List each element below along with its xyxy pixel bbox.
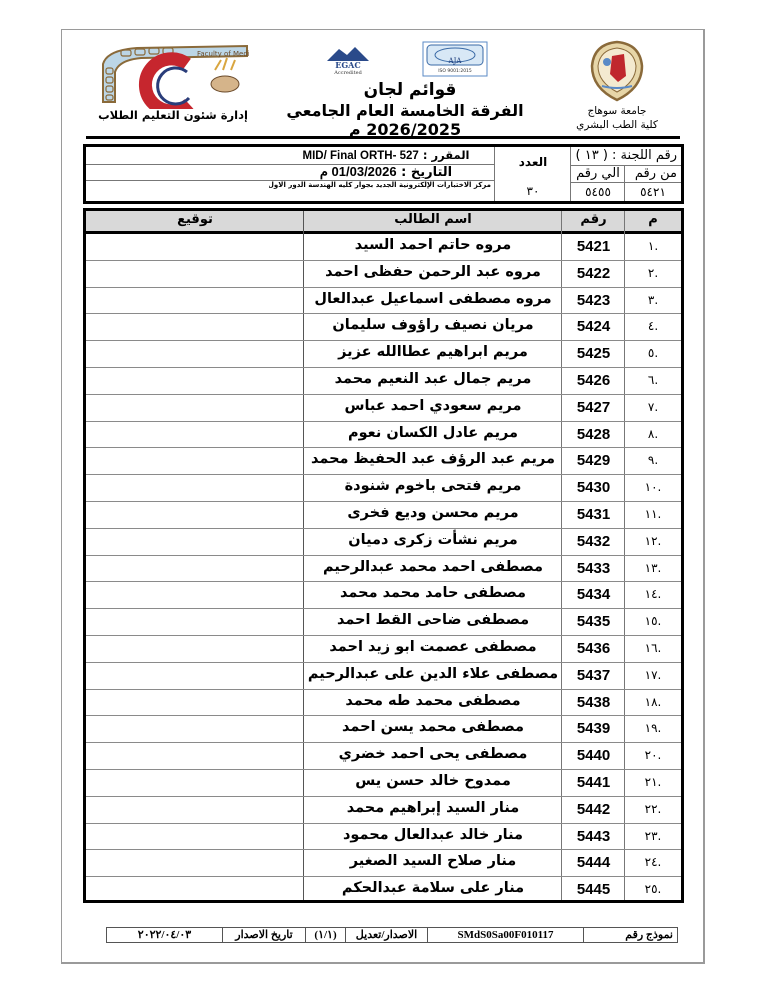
student-name: مريم نشأت زكرى دميان: [304, 532, 562, 548]
form-footer: نموذج رقم SMdS0Sa00F010117 الاصدار/تعديل…: [106, 927, 678, 943]
row-index: .١: [625, 239, 681, 253]
signature-cell[interactable]: [86, 314, 304, 340]
signature-cell[interactable]: [86, 502, 304, 528]
student-id: 5424: [562, 318, 625, 335]
student-id: 5442: [562, 801, 625, 818]
from-label: من رقم: [627, 166, 677, 181]
count-label: العدد: [497, 155, 569, 169]
student-name: مريم ابراهيم عطاالله عزيز: [304, 344, 562, 360]
signature-cell[interactable]: [86, 770, 304, 796]
from-value: ٥٤٢١: [627, 185, 679, 199]
row-index: .١٧: [625, 668, 681, 682]
student-name: منار السيد إبراهيم محمد: [304, 800, 562, 816]
student-id: 5437: [562, 667, 625, 684]
student-name: مصطفى احمد محمد عبدالرحيم: [304, 559, 562, 575]
divider: [570, 147, 571, 201]
row-index: .٤: [625, 319, 681, 333]
faculty-name: كلية الطب البشري: [575, 118, 659, 132]
student-name: مصطفى حامد محمد محمد: [304, 585, 562, 601]
student-name: مصطفى عصمت ابو زيد احمد: [304, 639, 562, 655]
to-label: الي رقم: [573, 166, 623, 181]
table-row: .١٦5436مصطفى عصمت ابو زيد احمد: [86, 636, 681, 663]
accreditation-logos: EGAC Accredited AJA ISO 9001:2015: [313, 41, 491, 79]
student-id: 5445: [562, 881, 625, 898]
table-row: .٢٣5443منار خالد عبدالعال محمود: [86, 824, 681, 851]
signature-cell[interactable]: [86, 395, 304, 421]
signature-cell[interactable]: [86, 288, 304, 314]
row-index: .١٦: [625, 641, 681, 655]
student-name: مريم سعودي احمد عباس: [304, 398, 562, 414]
page-subtitle: الفرقة الخامسة العام الجامعي 2026/2025 م: [250, 101, 560, 139]
row-index: .٢: [625, 266, 681, 280]
table-row: .٥5425مريم ابراهيم عطاالله عزيز: [86, 341, 681, 368]
table-row: .٨5428مريم عادل الكسان نعوم: [86, 422, 681, 449]
university-name: جامعة سوهاج: [575, 104, 659, 118]
student-name: منار خالد عبدالعال محمود: [304, 827, 562, 843]
signature-cell[interactable]: [86, 422, 304, 448]
student-id: 5426: [562, 372, 625, 389]
student-name: مريم عادل الكسان نعوم: [304, 425, 562, 441]
student-name: منار على سلامة عبدالحكم: [304, 880, 562, 896]
student-name: مروه مصطفى اسماعيل عبدالعال: [304, 291, 562, 307]
edition-label: الاصدار/تعديل: [345, 928, 427, 942]
student-id: 5422: [562, 265, 625, 282]
signature-cell[interactable]: [86, 877, 304, 904]
signature-cell[interactable]: [86, 797, 304, 823]
count-value: ٣٠: [497, 184, 569, 198]
issue-date-value: ٢٠٢٢/٠٤/٠٣: [107, 928, 222, 942]
student-id: 5444: [562, 854, 625, 871]
student-name: مريم محسن وديع فخرى: [304, 505, 562, 521]
sohag-university-logo: [588, 40, 646, 102]
student-id: 5435: [562, 613, 625, 630]
student-name: مريان نصيف راؤوف سليمان: [304, 317, 562, 333]
svg-text:AJA: AJA: [448, 57, 463, 65]
signature-cell[interactable]: [86, 529, 304, 555]
student-name: مصطفى علاء الدين على عبدالرحيم: [304, 666, 562, 682]
row-index: .٢٢: [625, 802, 681, 816]
student-name: مريم عبد الرؤف عبد الحفيظ محمد: [304, 451, 562, 467]
row-index: .١٤: [625, 587, 681, 601]
student-name: مروه عبد الرحمن حفظى احمد: [304, 264, 562, 280]
table-row: .١١5431مريم محسن وديع فخرى: [86, 502, 681, 529]
student-id: 5433: [562, 560, 625, 577]
form-number-value: SMdS0Sa00F010117: [427, 928, 583, 942]
divider: [494, 147, 495, 201]
student-id: 5423: [562, 292, 625, 309]
signature-cell[interactable]: [86, 824, 304, 850]
row-index: .٢٤: [625, 855, 681, 869]
header-divider: [86, 136, 680, 139]
edition-value: (١/١): [305, 928, 345, 942]
table-header: م رقم اسم الطالب توقيع: [86, 211, 681, 234]
student-id: 5436: [562, 640, 625, 657]
student-id: 5443: [562, 828, 625, 845]
row-index: .١١: [625, 507, 681, 521]
column-header-id: رقم: [562, 212, 625, 227]
date-label: التاريخ :: [401, 165, 452, 180]
signature-cell[interactable]: [86, 609, 304, 635]
student-id: 5421: [562, 238, 625, 255]
page-title: قوائم لجان: [290, 80, 530, 100]
student-id: 5430: [562, 479, 625, 496]
faculty-of-medicine-logo: Faculty of Medicine: [97, 42, 249, 109]
row-index: .٢٥: [625, 882, 681, 896]
signature-cell[interactable]: [86, 743, 304, 769]
table-row: .٦5426مريم جمال عبد النعيم محمد: [86, 368, 681, 395]
university-caption: جامعة سوهاج كلية الطب البشري: [575, 104, 659, 132]
student-name: مصطفى محمد يسن احمد: [304, 719, 562, 735]
svg-text:ISO 9001:2015: ISO 9001:2015: [438, 68, 472, 74]
signature-cell[interactable]: [86, 690, 304, 716]
table-row: .٢5422مروه عبد الرحمن حفظى احمد: [86, 261, 681, 288]
signature-cell[interactable]: [86, 850, 304, 876]
table-row: .٢٥5445منار على سلامة عبدالحكم: [86, 877, 681, 904]
signature-cell[interactable]: [86, 556, 304, 582]
signature-cell[interactable]: [86, 716, 304, 742]
signature-cell[interactable]: [86, 582, 304, 608]
signature-cell[interactable]: [86, 475, 304, 501]
course-value: MID/ Final ORTH- 527: [303, 150, 419, 162]
student-name: مريم جمال عبد النعيم محمد: [304, 371, 562, 387]
table-row: .١٧5437مصطفى علاء الدين على عبدالرحيم: [86, 663, 681, 690]
course-row: المقرر : MID/ Final ORTH- 527: [281, 148, 491, 162]
table-row: .٤5424مريان نصيف راؤوف سليمان: [86, 314, 681, 341]
date-row: التاريخ : 01/03/2026 م: [281, 164, 491, 180]
student-id: 5425: [562, 345, 625, 362]
row-index: .١٢: [625, 534, 681, 548]
department-caption: إدارة شئون التعليم الطلاب: [97, 108, 249, 122]
row-index: .٥: [625, 346, 681, 360]
date-value: 01/03/2026 م: [320, 164, 397, 179]
row-index: .٢١: [625, 775, 681, 789]
signature-cell[interactable]: [86, 636, 304, 662]
student-id: 5428: [562, 426, 625, 443]
student-name: مصطفى ضاحى القط احمد: [304, 612, 562, 628]
committee-number: رقم اللجنة : ( ١٣ ): [573, 148, 677, 163]
student-name: مصطفى يحى احمد خضري: [304, 746, 562, 762]
table-row: .١٠5430مريم فتحى باخوم شنودة: [86, 475, 681, 502]
svg-text:EGAC: EGAC: [335, 60, 361, 70]
row-index: .٩: [625, 453, 681, 467]
student-id: 5429: [562, 452, 625, 469]
table-row: .٩5429مريم عبد الرؤف عبد الحفيظ محمد: [86, 448, 681, 475]
student-id: 5440: [562, 747, 625, 764]
row-index: .١٩: [625, 721, 681, 735]
table-row: .١٣5433مصطفى احمد محمد عبدالرحيم: [86, 556, 681, 583]
committee-info-table: رقم اللجنة : ( ١٣ ) من رقم الي رقم ٥٤٢١ …: [83, 144, 684, 204]
signature-cell[interactable]: [86, 234, 304, 260]
row-index: .١٨: [625, 695, 681, 709]
signature-cell[interactable]: [86, 341, 304, 367]
student-name: منار صلاح السيد الصغير: [304, 853, 562, 869]
student-id: 5431: [562, 506, 625, 523]
location-text: مركز الاختبارات الإلكترونية الجديد بجوار…: [269, 181, 491, 189]
row-index: .٦: [625, 373, 681, 387]
course-label: المقرر :: [423, 148, 470, 162]
table-body: .١5421مروه حاتم احمد السيد .٢5422مروه عب…: [86, 234, 681, 900]
table-row: .١٤5434مصطفى حامد محمد محمد: [86, 582, 681, 609]
row-index: .٨: [625, 427, 681, 441]
table-row: .١٩5439مصطفى محمد يسن احمد: [86, 716, 681, 743]
student-name: ممدوح خالد حسن يس: [304, 773, 562, 789]
table-row: .٢٠5440مصطفى يحى احمد خضري: [86, 743, 681, 770]
student-id: 5427: [562, 399, 625, 416]
signature-cell[interactable]: [86, 663, 304, 689]
student-name: مروه حاتم احمد السيد: [304, 237, 562, 253]
table-row: .٢٢5442منار السيد إبراهيم محمد: [86, 797, 681, 824]
svg-text:Faculty of Medicine: Faculty of Medicine: [197, 50, 249, 58]
table-row: .٢١5441ممدوح خالد حسن يس: [86, 770, 681, 797]
row-index: .١٠: [625, 480, 681, 494]
student-id: 5434: [562, 586, 625, 603]
issue-date-label: تاريخ الاصدار: [222, 928, 305, 942]
row-index: .٣: [625, 293, 681, 307]
divider: [624, 166, 625, 201]
student-name: مريم فتحى باخوم شنودة: [304, 478, 562, 494]
row-index: .٢٣: [625, 829, 681, 843]
table-row: .١٥5435مصطفى ضاحى القط احمد: [86, 609, 681, 636]
signature-cell[interactable]: [86, 448, 304, 474]
student-name: مصطفى محمد طه محمد: [304, 693, 562, 709]
table-row: .١٢5432مريم نشأت زكرى دميان: [86, 529, 681, 556]
signature-cell[interactable]: [86, 368, 304, 394]
row-index: .٧: [625, 400, 681, 414]
table-row: .٢٤5444منار صلاح السيد الصغير: [86, 850, 681, 877]
student-id: 5432: [562, 533, 625, 550]
table-row: .٧5427مريم سعودي احمد عباس: [86, 395, 681, 422]
signature-cell[interactable]: [86, 261, 304, 287]
student-id: 5438: [562, 694, 625, 711]
divider: [571, 182, 681, 183]
student-id: 5439: [562, 720, 625, 737]
exam-location: مركز الاختبارات الإلكترونية الجديد بجوار…: [269, 181, 491, 189]
row-index: .٢٠: [625, 748, 681, 762]
row-index: .١٥: [625, 614, 681, 628]
table-row: .١5421مروه حاتم احمد السيد: [86, 234, 681, 261]
student-id: 5441: [562, 774, 625, 791]
table-row: .٣5423مروه مصطفى اسماعيل عبدالعال: [86, 288, 681, 315]
to-value: ٥٤٥٥: [573, 185, 623, 199]
column-header-name: اسم الطالب: [304, 212, 562, 227]
form-number-label: نموذج رقم: [583, 928, 677, 942]
row-index: .١٣: [625, 561, 681, 575]
students-table: م رقم اسم الطالب توقيع .١5421مروه حاتم ا…: [83, 208, 684, 903]
svg-text:Accredited: Accredited: [333, 70, 362, 76]
column-header-signature: توقيع: [86, 212, 304, 227]
table-row: .١٨5438مصطفى محمد طه محمد: [86, 690, 681, 717]
column-header-index: م: [625, 212, 681, 227]
